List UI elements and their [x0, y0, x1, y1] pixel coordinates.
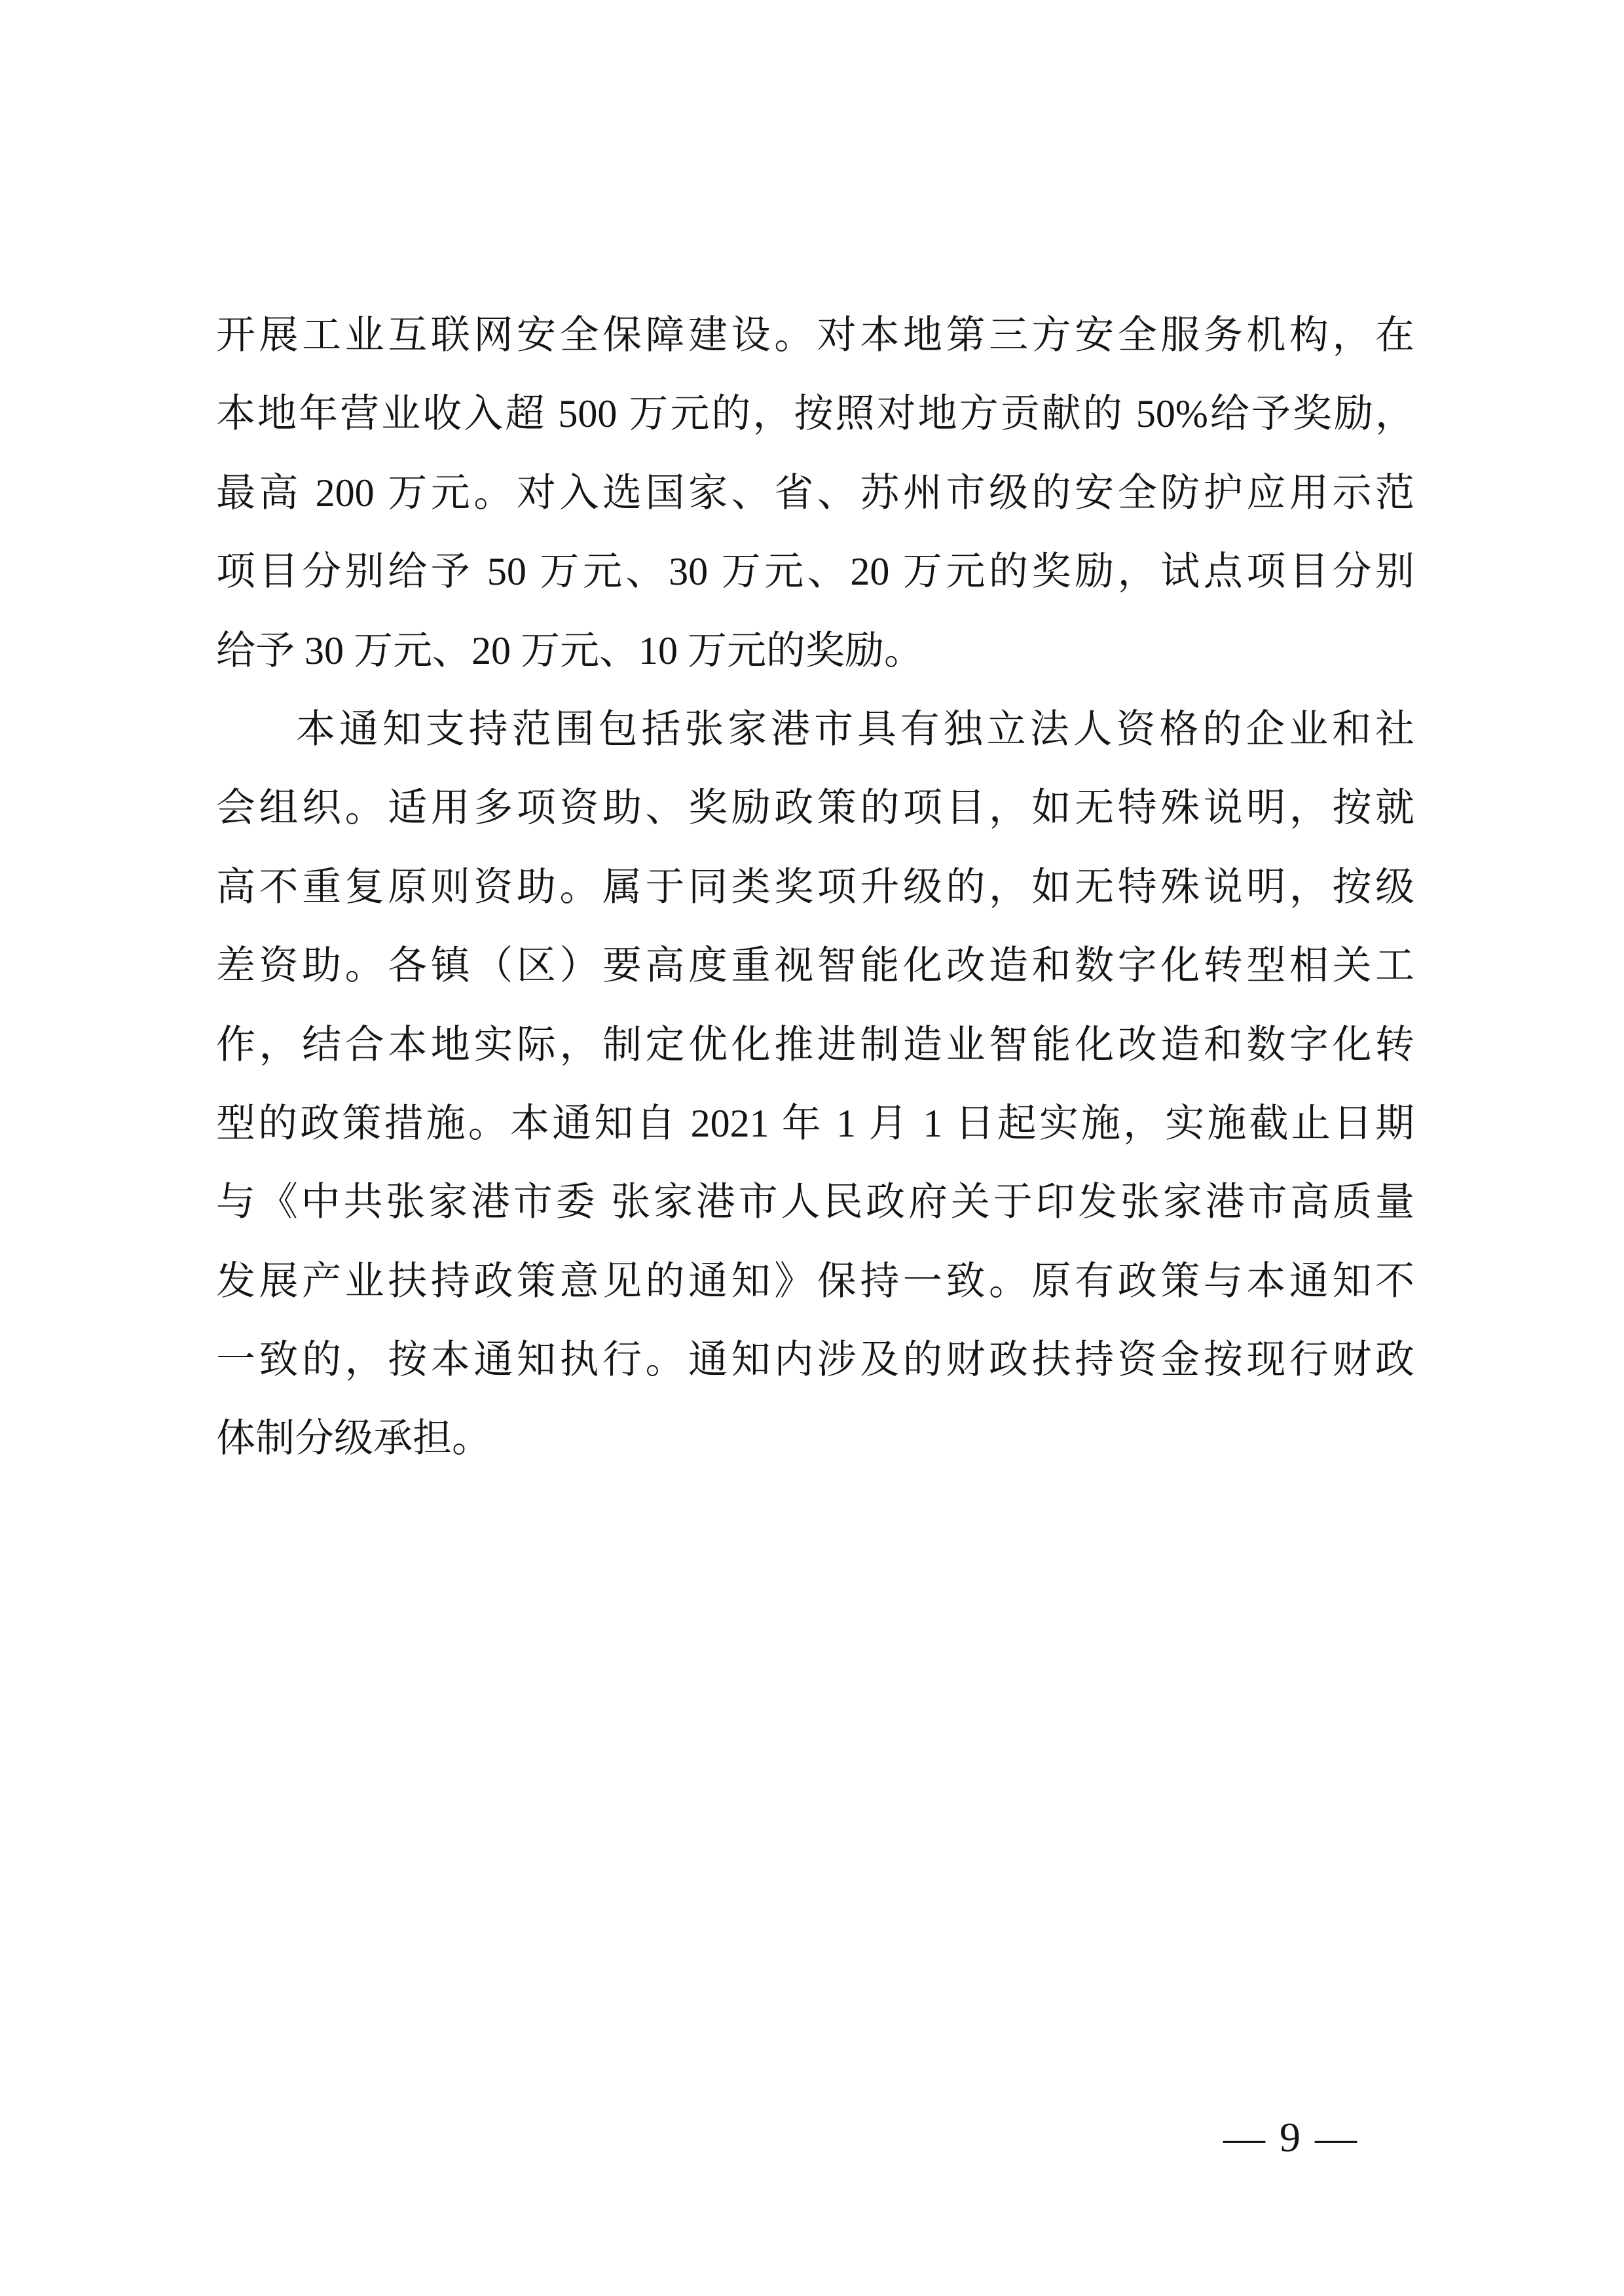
- text-line: 型的政策措施。本通知自 2021 年 1 月 1 日起实施，实施截止日期: [216, 1084, 1414, 1163]
- text-line: 给予 30 万元、20 万元、10 万元的奖励。: [216, 611, 1414, 690]
- page-number: — 9 —: [1223, 2113, 1359, 2162]
- text-line: 项目分别给予 50 万元、30 万元、20 万元的奖励，试点项目分别: [216, 532, 1414, 611]
- text-line: 一致的，按本通知执行。通知内涉及的财政扶持资金按现行财政: [216, 1321, 1414, 1399]
- text-line: 本地年营业收入超 500 万元的，按照对地方贡献的 50%给予奖励，: [216, 374, 1414, 453]
- text-line: 高不重复原则资助。属于同类奖项升级的，如无特殊说明，按级: [216, 848, 1414, 926]
- text-line: 会组织。适用多项资助、奖励政策的项目，如无特殊说明，按就: [216, 769, 1414, 847]
- document-page: 开展工业互联网安全保障建设。对本地第三方安全服务机构，在 本地年营业收入超 50…: [0, 0, 1624, 2296]
- text-line: 作，结合本地实际，制定优化推进制造业智能化改造和数字化转: [216, 1006, 1414, 1084]
- text-line: 开展工业互联网安全保障建设。对本地第三方安全服务机构，在: [216, 296, 1414, 374]
- text-line: 与《中共张家港市委 张家港市人民政府关于印发张家港市高质量: [216, 1163, 1414, 1241]
- text-line: 本通知支持范围包括张家港市具有独立法人资格的企业和社: [216, 690, 1414, 769]
- text-line: 最高 200 万元。对入选国家、省、苏州市级的安全防护应用示范: [216, 454, 1414, 532]
- text-line: 差资助。各镇（区）要高度重视智能化改造和数字化转型相关工: [216, 926, 1414, 1005]
- text-line: 发展产业扶持政策意见的通知》保持一致。原有政策与本通知不: [216, 1242, 1414, 1321]
- text-line: 体制分级承担。: [216, 1399, 1414, 1478]
- document-body: 开展工业互联网安全保障建设。对本地第三方安全服务机构，在 本地年营业收入超 50…: [216, 296, 1414, 1478]
